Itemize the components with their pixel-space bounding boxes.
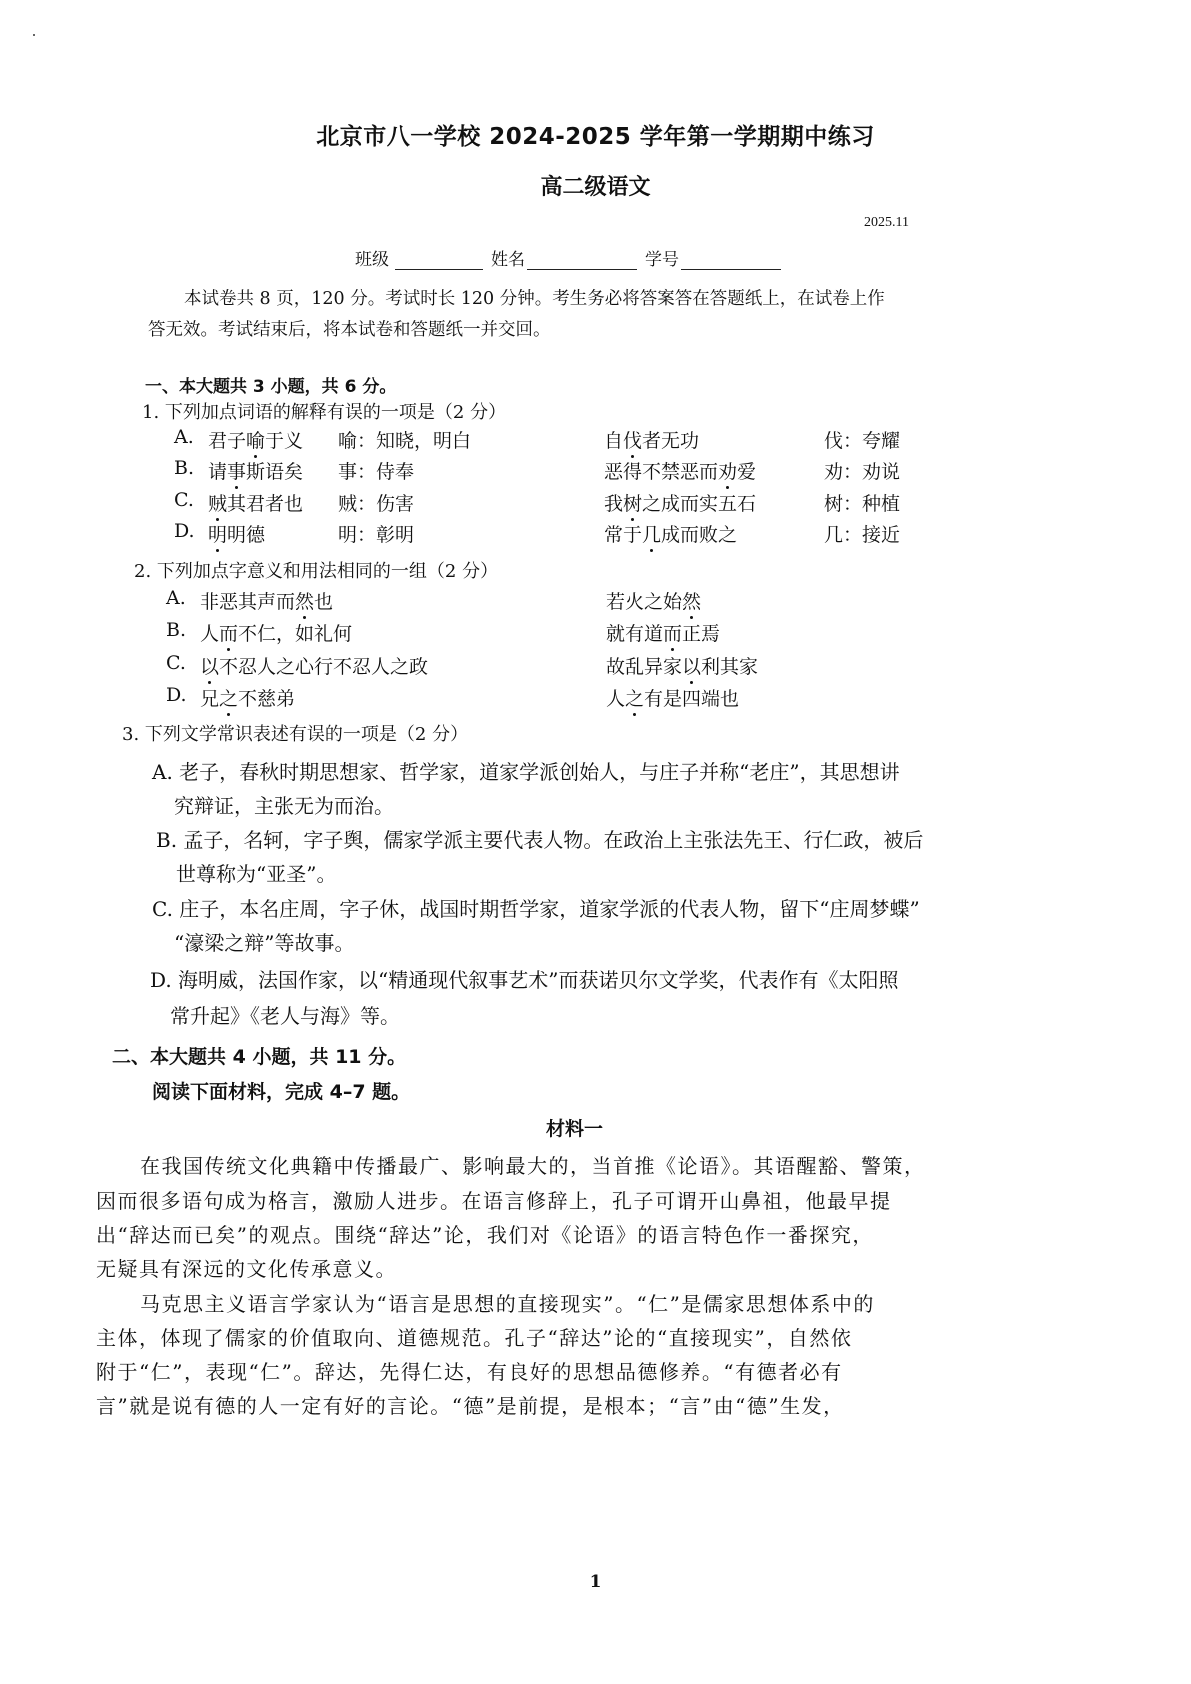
q2-option-left-pre: 兄 [200,688,219,710]
exam-subtitle: 高二级语文 [0,170,1191,201]
q2-option-label: A. [166,587,186,609]
q1-option-right-post: 之成而实五石 [642,493,756,515]
q1-option-right-phrase: 我树之成而实五石 [604,489,756,516]
class-blank[interactable] [395,251,483,270]
q2-option-left-dotted-char: 以 [200,656,219,678]
q3-option-line-2: 究辩证，主张无为而治。 [174,790,394,819]
q2-option-right-dotted-char: 而 [663,623,682,645]
q1-option-label: D. [174,520,195,542]
instructions-line-2: 答无效。考试结束后，将本试卷和答题纸一并交回。 [148,316,551,341]
q2-option-label: C. [166,652,186,674]
q3-option-line-2: 常升起》《老人与海》等。 [170,1000,400,1029]
material-paragraph-line: 言”就是说有德的人一定有好的言论。“德”是前提，是根本；“言”由“德”生发， [96,1390,845,1419]
q2-option-right-phrase: 故乱异家以利其家 [606,652,758,679]
q1-option-right-dotted-char: 几 [642,524,661,546]
q1-option-left-dotted-char: 贼 [208,493,227,515]
material-paragraph-line: 出“辞达而已矣”的观点。围绕“辞达”论，我们对《论语》的语言特色作一番探究， [96,1219,874,1248]
material-paragraph-line: 马克思主义语言学家认为“语言是思想的直接现实”。“仁”是儒家思想体系中的 [140,1288,875,1317]
q2-option-right-dotted-char: 之 [625,688,644,710]
page-number: 1 [0,1572,1191,1592]
q2-option-left-post: 不慈弟 [238,688,295,710]
q1-option-left-phrase: 明明德 [208,520,265,547]
q1-option-right-dotted-char: 树 [623,493,642,515]
q2-option-right-phrase: 就有道而正焉 [606,619,720,646]
id-label: 学号 [645,250,679,270]
q2-option-right-pre: 人 [606,688,625,710]
q1-option-left-gloss: 贼：伤害 [338,489,414,516]
section-2-heading: 二、本大题共 4 小题，共 11 分。 [112,1042,406,1069]
q1-option-left-post: 其君者也 [227,493,303,515]
q1-option-left-gloss: 事：侍奉 [338,457,414,484]
q3-option-line-1: D. 海明威，法国作家，以“精通现代叙事艺术”而获诺贝尔文学奖，代表作有《太阳照 [150,964,899,993]
q3-option-line-1: A. 老子，春秋时期思想家、哲学家，道家学派创始人，与庄子并称“老庄”，其思想讲 [152,756,900,785]
q1-option-left-dotted-char: 喻 [246,430,265,452]
material-paragraph-line: 主体，体现了儒家的价值取向、道德规范。孔子“辞达”论的“直接现实”，自然依 [96,1322,852,1351]
q2-option-left-post: 不仁，如礼何 [238,623,352,645]
q1-option-left-phrase: 君子喻于义 [208,426,303,453]
material-paragraph-line: 无疑具有深远的文化传承意义。 [96,1253,397,1282]
q1-option-right-gloss: 劝：劝说 [824,457,900,484]
q1-option-right-dotted-char: 伐 [623,430,642,452]
q1-option-right-post: 者无功 [642,430,699,452]
q1-option-right-phrase: 常于几成而败之 [604,520,737,547]
q1-option-label: B. [174,457,194,479]
q1-option-right-pre: 自 [604,430,623,452]
q1-option-right-pre: 我 [604,493,623,515]
q2-option-right-pre: 就有道 [606,623,663,645]
q1-option-right-pre: 常于 [604,524,642,546]
q1-option-right-gloss: 几：接近 [824,520,900,547]
name-label: 姓名 [491,250,525,270]
q1-option-left-gloss: 明：彰明 [338,520,414,547]
instructions-line-1: 本试卷共 8 页，120 分。考试时长 120 分钟。考生务必将答案答在答题纸上… [184,285,885,310]
q2-option-left-pre: 人 [200,623,219,645]
q2-option-left-phrase: 以不忍人之心行不忍人之政 [200,652,428,679]
student-info-fields: 班级姓名学号 [355,245,789,270]
id-blank[interactable] [681,251,781,270]
q1-option-right-dotted-char: 劝 [718,461,737,483]
q1-option-label: C. [174,489,194,511]
q2-option-left-post: 不忍人之心行不忍人之政 [219,656,428,678]
q1-option-left-post: 于义 [265,430,303,452]
q2-option-left-dotted-char: 而 [219,623,238,645]
name-blank[interactable] [527,251,637,270]
q2-option-label: B. [166,619,186,641]
q2-option-right-phrase: 若火之始然 [606,587,701,614]
q1-option-left-post: 明德 [227,524,265,546]
q1-option-right-gloss: 伐：夸耀 [824,426,900,453]
exam-title: 北京市八一学校 2024-2025 学年第一学期期中练习 [0,118,1191,151]
q2-option-left-pre: 非恶其声而 [200,591,295,613]
scan-speck [33,34,35,36]
q2-stem: 2. 下列加点字意义和用法相同的一组（2 分） [134,557,498,583]
q1-option-right-phrase: 自伐者无功 [604,426,699,453]
q2-option-right-pre: 故乱异家 [606,656,682,678]
section-1-heading: 一、本大题共 3 小题，共 6 分。 [145,372,396,397]
q1-option-right-phrase: 恶得不禁恶而劝爱 [604,457,756,484]
q2-option-left-dotted-char: 然 [295,591,314,613]
q2-option-right-post: 有是四端也 [644,688,739,710]
q2-option-right-pre: 若火之始 [606,591,682,613]
q2-option-right-dotted-char: 以 [682,656,701,678]
q2-option-label: D. [166,684,187,706]
q2-option-left-phrase: 非恶其声而然也 [200,587,333,614]
material-paragraph-line: 因而很多语句成为格言，激励人进步。在语言修辞上，孔子可谓开山鼻祖，他最早提 [96,1185,892,1214]
q1-option-left-phrase: 贼其君者也 [208,489,303,516]
q1-option-left-dotted-char: 明 [208,524,227,546]
q1-stem: 1. 下列加点词语的解释有误的一项是（2 分） [142,398,506,424]
class-label: 班级 [355,250,389,270]
q3-option-line-1: C. 庄子，本名庄周，字子休，战国时期哲学家，道家学派的代表人物，留下“庄周梦蝶… [152,893,920,922]
q2-option-left-phrase: 人而不仁，如礼何 [200,619,352,646]
q3-option-line-1: B. 孟子，名轲，字子舆，儒家学派主要代表人物。在政治上主张法先王、行仁政，被后 [156,824,923,853]
exam-date: 2025.11 [864,215,909,231]
q3-option-line-2: “濠梁之辩”等故事。 [174,927,354,956]
q1-option-left-pre: 请 [208,461,227,483]
q2-option-right-post: 利其家 [701,656,758,678]
q1-option-left-pre: 君子 [208,430,246,452]
material-paragraph-line: 在我国传统文化典籍中传播最广、影响最大的，当首推《论语》。其语醒豁、警策， [140,1150,926,1179]
q2-option-left-post: 也 [314,591,333,613]
q1-option-left-dotted-char: 事 [227,461,246,483]
q1-option-right-gloss: 树：种植 [824,489,900,516]
q2-option-left-dotted-char: 之 [219,688,238,710]
q1-option-right-pre: 恶得不禁恶而 [604,461,718,483]
q2-option-right-dotted-char: 然 [682,591,701,613]
material-title: 材料一 [546,1114,603,1141]
q1-option-left-gloss: 喻：知晓，明白 [338,426,471,453]
material-paragraph-line: 附于“仁”，表现“仁”。辞达，先得仁达，有良好的思想品德修养。“有德者必有 [96,1356,843,1385]
q2-option-right-post: 正焉 [682,623,720,645]
q1-option-left-post: 斯语矣 [246,461,303,483]
q1-option-right-post: 成而败之 [661,524,737,546]
q1-option-right-post: 爱 [737,461,756,483]
q2-option-left-phrase: 兄之不慈弟 [200,684,295,711]
q2-option-right-phrase: 人之有是四端也 [606,684,739,711]
q3-stem: 3. 下列文学常识表述有误的一项是（2 分） [122,720,468,746]
section-2-intro: 阅读下面材料，完成 4–7 题。 [152,1077,410,1104]
q1-option-left-phrase: 请事斯语矣 [208,457,303,484]
q3-option-line-2: 世尊称为“亚圣”。 [176,858,336,887]
q1-option-label: A. [174,426,194,448]
